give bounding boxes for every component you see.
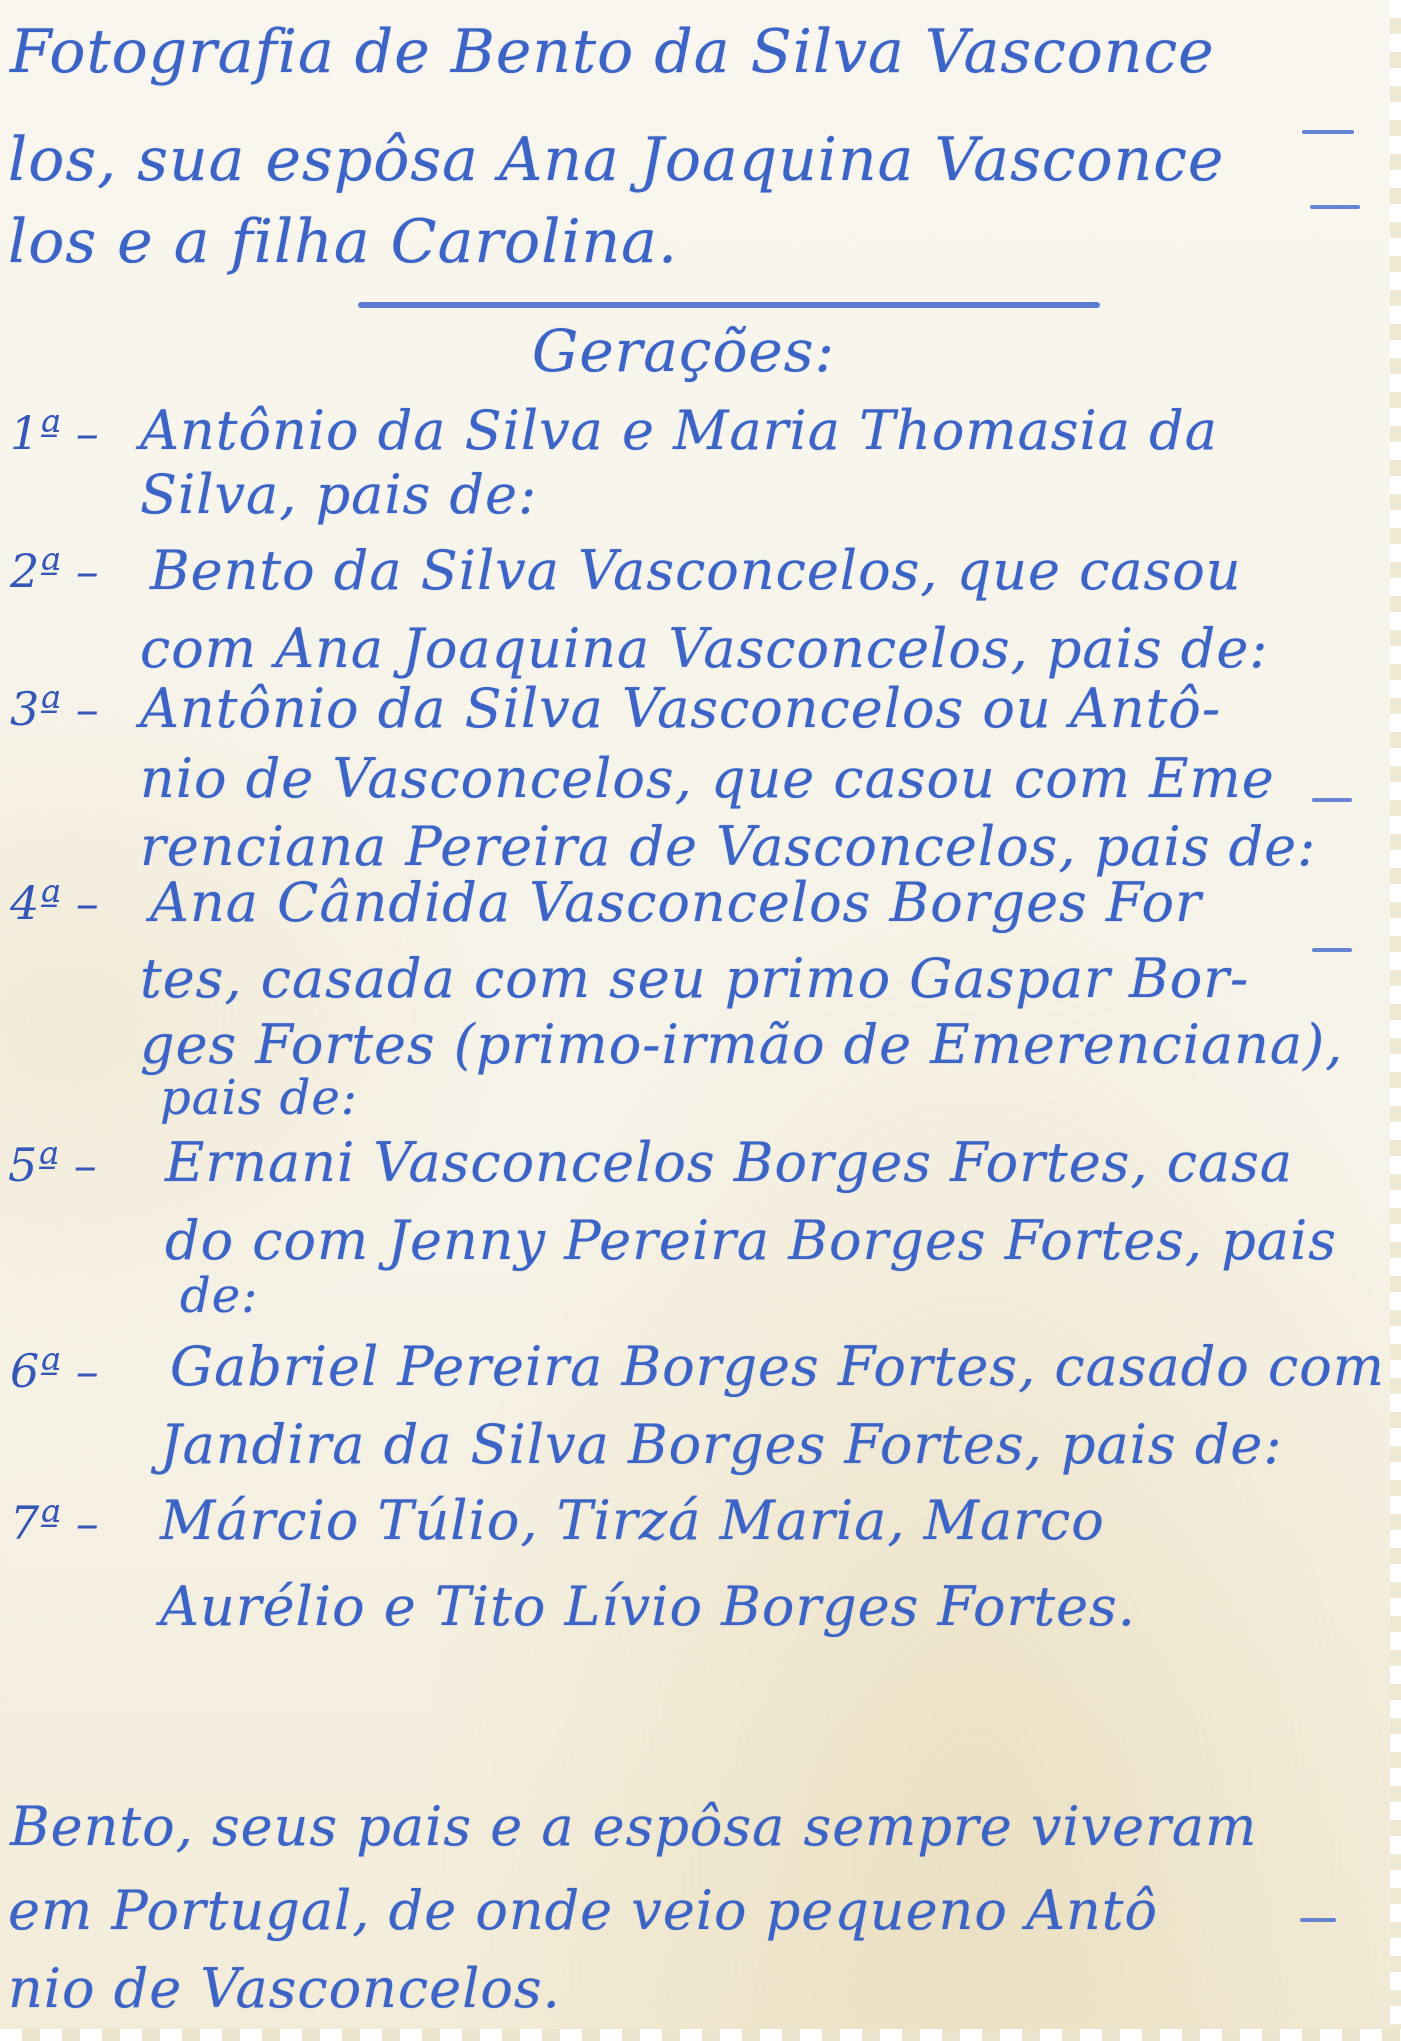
generation-line: Gabriel Pereira Borges Fortes, casado co… <box>170 1340 1385 1394</box>
generation-line: ges Fortes (primo-irmão de Emerenciana), <box>140 1018 1343 1072</box>
generation-line: com Ana Joaquina Vasconcelos, pais de: <box>140 622 1269 676</box>
generation-ordinal: 1ª – <box>10 410 99 456</box>
generation-line: Jandira da Silva Borges Fortes, pais de: <box>160 1418 1283 1472</box>
generation-line: do com Jenny Pereira Borges Fortes, pais <box>165 1214 1337 1268</box>
generation-line: Antônio da Silva e Maria Thomasia da <box>140 404 1218 458</box>
generation-ordinal: 2ª – <box>10 548 99 594</box>
hyphen-mark <box>1312 948 1352 952</box>
generation-line: pais de: <box>160 1074 358 1122</box>
hyphen-mark <box>1300 1918 1336 1922</box>
intro-line-3: los e a filha Carolina. <box>8 212 678 272</box>
generation-line: Bento da Silva Vasconcelos, que casou <box>150 544 1242 598</box>
generation-ordinal: 6ª – <box>10 1348 99 1394</box>
intro-line-2: los, sua espôsa Ana Joaquina Vasconce <box>8 130 1224 190</box>
deckle-edge-bottom <box>0 2029 1401 2041</box>
generation-line: Antônio da Silva Vasconcelos ou Antô- <box>140 682 1221 736</box>
generation-line: Ana Cândida Vasconcelos Borges For <box>150 876 1202 930</box>
generation-ordinal: 3ª – <box>10 686 99 732</box>
hyphen-mark <box>1310 205 1360 209</box>
intro-line-1: Fotografia de Bento da Silva Vasconce <box>10 22 1215 82</box>
generation-line: Aurélio e Tito Lívio Borges Fortes. <box>160 1580 1136 1634</box>
generation-line: de: <box>180 1272 258 1320</box>
hyphen-mark <box>1312 798 1352 802</box>
divider-rule <box>358 302 1100 308</box>
generation-line: nio de Vasconcelos, que casou com Eme <box>140 752 1275 806</box>
hyphen-mark <box>1302 130 1354 134</box>
generation-line: renciana Pereira de Vasconcelos, pais de… <box>140 820 1316 874</box>
generation-line: Silva, pais de: <box>140 468 537 522</box>
closing-line-1: Bento, seus pais e a espôsa sempre viver… <box>10 1800 1257 1854</box>
generation-ordinal: 4ª – <box>10 880 99 926</box>
generation-ordinal: 5ª – <box>8 1142 97 1188</box>
heading-geracoes: Gerações: <box>532 322 835 380</box>
closing-line-2: em Portugal, de onde veio pequeno Antô <box>8 1884 1158 1938</box>
closing-line-3: nio de Vasconcelos. <box>8 1962 561 2016</box>
generation-ordinal: 7ª – <box>10 1500 99 1546</box>
generation-line: Ernani Vasconcelos Borges Fortes, casa <box>165 1136 1293 1190</box>
generation-line: Márcio Túlio, Tirzá Maria, Marco <box>160 1494 1105 1548</box>
deckle-edge-right <box>1390 0 1401 2041</box>
generation-line: tes, casada com seu primo Gaspar Bor- <box>140 952 1249 1006</box>
